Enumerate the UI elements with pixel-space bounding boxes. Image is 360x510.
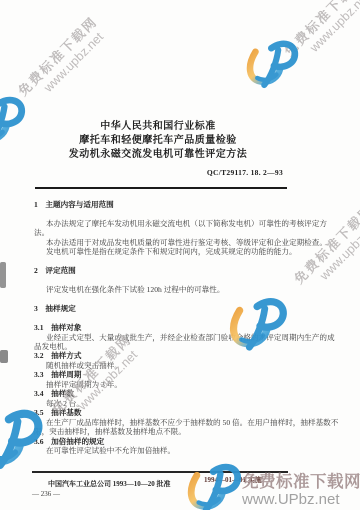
standard-number: QC/T29117. 18. 2—93 bbox=[207, 168, 283, 177]
standard-category-label: 中华人民共和国行业标准 bbox=[20, 120, 296, 134]
doc-line: 本办法适用于对成品发电机质量的可靠性进行鉴定考核、等级评定和企业定期检查。 bbox=[34, 238, 318, 247]
doc-line: 3.5 抽样基数 bbox=[34, 408, 318, 417]
document-content: 中华人民共和国行业标准 摩托车和轻便摩托车产品质量检验 发动机永磁交流发电机可靠… bbox=[0, 0, 360, 510]
page-number: — 236 — bbox=[32, 490, 60, 498]
scan-smudge bbox=[0, 350, 8, 363]
doc-line: 1 主题内容与适用范围 bbox=[34, 200, 318, 209]
doc-line: 抽样评定周期为 3 年。 bbox=[34, 380, 318, 389]
document-title: 中华人民共和国行业标准 摩托车和轻便摩托车产品质量检验 发动机永磁交流发电机可靠… bbox=[20, 120, 296, 162]
doc-line: 在生产厂成品库抽样时，抽样基数不应少于抽样数的 50 倍。在用户抽样时，抽样基数… bbox=[34, 418, 318, 427]
doc-line: 3.3 抽样周期 bbox=[34, 370, 318, 379]
scanned-standard-page: 中华人民共和国行业标准 摩托车和轻便摩托车产品质量检验 发动机永磁交流发电机可靠… bbox=[0, 0, 360, 510]
doc-line: 3.6 加倍抽样的规定 bbox=[34, 437, 318, 446]
doc-line: 限，突击抽样时，抽样基数及抽样地点不限。 bbox=[34, 427, 318, 436]
title-line-2: 摩托车和轻便摩托车产品质量检验 bbox=[20, 134, 296, 148]
doc-line: 本办法规定了摩托车发动机用永磁交流电机（以下简称发电机）可靠性的考核评定方 bbox=[34, 219, 318, 228]
footer-rule bbox=[32, 471, 288, 473]
doc-line: 业经正式定型、大量或成批生产，并经企业检查部门验收合格的本评定周期内生产的成 bbox=[34, 333, 318, 342]
doc-line: 2 评定范围 bbox=[34, 266, 318, 275]
document-body: 1 主题内容与适用范围本办法规定了摩托车发动机用永磁交流电机（以下简称发电机）可… bbox=[34, 200, 318, 455]
doc-line: 3.4 抽样数 bbox=[34, 389, 318, 398]
doc-line: 评定发电机在强化条件下试验 120h 过程中的可靠性。 bbox=[34, 285, 318, 294]
doc-line: 3 抽样规定 bbox=[34, 304, 318, 313]
doc-line: 在可靠性评定试验中不允许加倍抽样。 bbox=[34, 446, 318, 455]
doc-line: 法。 bbox=[34, 228, 318, 237]
title-line-3: 发动机永磁交流发电机可靠性评定方法 bbox=[20, 148, 296, 162]
doc-line: 每次 2 台。 bbox=[34, 399, 318, 408]
scan-smudge bbox=[0, 262, 6, 288]
doc-line: 随机抽样或突击抽样。 bbox=[34, 361, 318, 370]
implementation-note: 1994—01—01 实施 bbox=[204, 475, 262, 485]
doc-line: 3.2 抽样方式 bbox=[34, 351, 318, 360]
doc-line: 3.1 抽样对象 bbox=[34, 323, 318, 332]
header-rule bbox=[35, 187, 287, 189]
approval-note: 中国汽车工业总公司 1993—10—20 批准 bbox=[48, 479, 171, 489]
doc-line: 发电机可靠性是指在规定条件下和规定时间内，完成其规定的功能的能力。 bbox=[34, 247, 318, 256]
